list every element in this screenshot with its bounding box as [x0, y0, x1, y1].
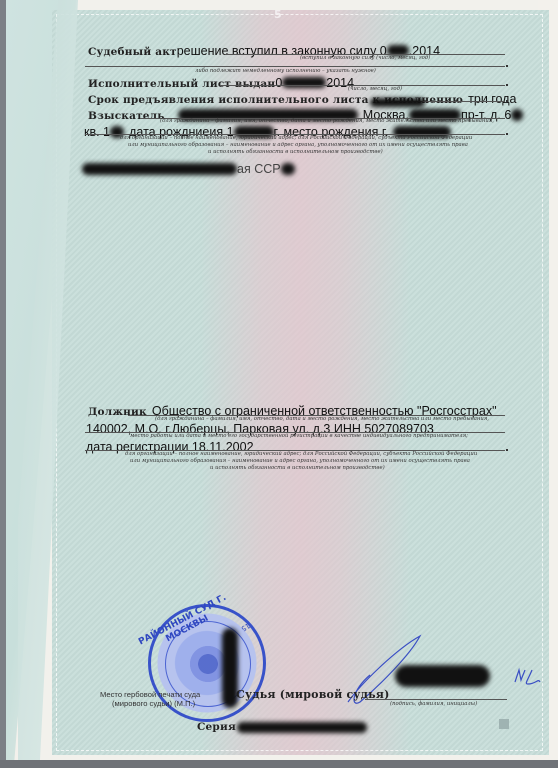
line-dot	[506, 84, 508, 86]
seal-place-line1: Место гербовой печати суда	[100, 690, 200, 699]
line-dot	[506, 100, 508, 102]
series-label: Серия	[197, 721, 236, 733]
debtor-label: Должник	[88, 406, 147, 418]
redacted-date	[282, 77, 326, 88]
claimant-row-3: ая ССР	[82, 158, 295, 177]
claimant-apt: кв. 1	[84, 125, 110, 139]
redacted-birthplace-line	[82, 163, 237, 175]
claimant-hint-4: и исполнять обязанности в исполнительном…	[208, 149, 383, 155]
seal-place-line2: (мирового судьи) (М.П.)	[112, 699, 195, 708]
claimant-hint-3: или муниципального образования – наимено…	[128, 142, 468, 148]
redacted-series-number	[237, 722, 367, 733]
line-dot	[506, 449, 508, 451]
debtor-hint-5: и исполнять обязанности в исполнительном…	[210, 465, 385, 471]
line-dot	[506, 133, 508, 135]
underline	[85, 66, 505, 67]
signature-hint: (подпись, фамилия, инициалы)	[390, 701, 477, 707]
claimant-hint-2: для организации – полное наименование, ю…	[120, 135, 472, 141]
page-number: 5	[274, 8, 282, 21]
entry-into-force-label: Судебный акт	[88, 46, 177, 58]
debtor-hint-3: для организации – полное наименование, ю…	[125, 451, 477, 457]
signature-line	[365, 699, 507, 700]
redacted-text	[281, 163, 295, 175]
redacted-judge-name	[395, 665, 490, 687]
line-dot	[506, 65, 508, 67]
corner-marker	[499, 719, 509, 729]
birthplace-suffix: ая ССР	[237, 162, 281, 176]
scanner-edge	[0, 760, 558, 768]
entry-into-force-hint: (вступил в законную силу (число, месяц, …	[300, 55, 430, 61]
redacted-house	[511, 109, 523, 121]
stamp-number: 15	[240, 621, 252, 632]
debtor-hint-4: или муниципального образования – наимено…	[130, 458, 470, 464]
